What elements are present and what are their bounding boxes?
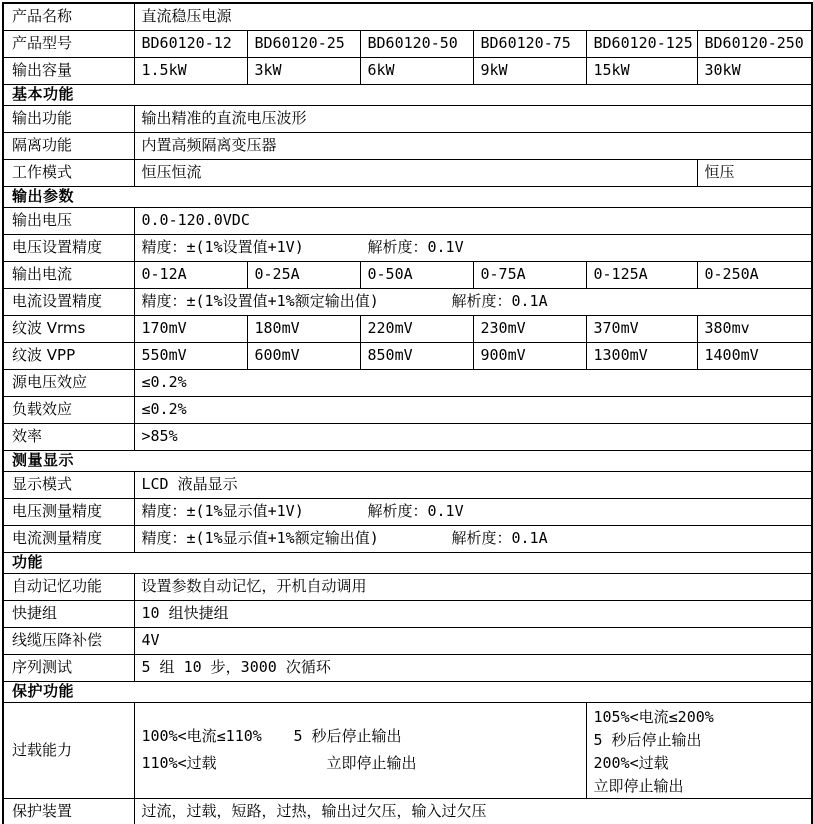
model-cell: 850mV (360, 342, 473, 369)
section-header: 测量显示 (3, 450, 812, 471)
row-label: 工作模式 (3, 159, 134, 186)
model-cell: BD60120-12 (134, 30, 247, 57)
model-cell: 0-50A (360, 261, 473, 288)
row-label: 产品型号 (3, 30, 134, 57)
row-label: 电压测量精度 (3, 498, 134, 525)
row-value-last: 恒压 (697, 159, 812, 186)
section-header: 基本功能 (3, 84, 812, 105)
model-cell: 550mV (134, 342, 247, 369)
model-cell: 3kW (247, 57, 360, 84)
row-label: 输出功能 (3, 105, 134, 132)
row-value: 内置高频隔离变压器 (134, 132, 812, 159)
row-label: 负载效应 (3, 396, 134, 423)
model-cell: BD60120-75 (473, 30, 586, 57)
table-row: 负载效应≤0.2% (3, 396, 812, 423)
model-cell: 1300mV (586, 342, 697, 369)
model-cell: 9kW (473, 57, 586, 84)
table-row: 快捷组10 组快捷组 (3, 600, 812, 627)
model-cell: 0-125A (586, 261, 697, 288)
table-row: 效率>85% (3, 423, 812, 450)
resolution-text: 解析度：0.1A (452, 292, 548, 310)
row-label: 快捷组 (3, 600, 134, 627)
table-row: 纹波 Vrms170mV180mV220mV230mV370mV380mv (3, 315, 812, 342)
row-label: 效率 (3, 423, 134, 450)
accuracy-text: 精度：±(1%设置值+1%额定输出值) (142, 292, 452, 311)
row-label: 输出电流 (3, 261, 134, 288)
row-value: ≤0.2% (134, 369, 812, 396)
row-label: 产品名称 (3, 3, 134, 30)
table-row: 工作模式恒压恒流恒压 (3, 159, 812, 186)
table-row-overload: 过载能力100%<电流≤110%5 秒后停止输出110%<过载立即停止输出105… (3, 702, 812, 798)
accuracy-text: 精度：±(1%显示值+1V) (142, 502, 368, 521)
row-label: 电流设置精度 (3, 288, 134, 315)
table-row: 电压测量精度精度：±(1%显示值+1V)解析度：0.1V (3, 498, 812, 525)
overload-right-line: 200%<过载 (594, 752, 812, 775)
model-cell: 0-12A (134, 261, 247, 288)
table-row: 自动记忆功能设置参数自动记忆，开机自动调用 (3, 573, 812, 600)
table-row-section: 测量显示 (3, 450, 812, 471)
row-value: 4V (134, 627, 812, 654)
row-label: 输出电压 (3, 207, 134, 234)
table-row: 源电压效应≤0.2% (3, 369, 812, 396)
model-cell: BD60120-50 (360, 30, 473, 57)
row-value: 直流稳压电源 (134, 3, 812, 30)
row-value: 精度：±(1%显示值+1%额定输出值)解析度：0.1A (134, 525, 812, 552)
resolution-text: 解析度：0.1V (368, 502, 464, 520)
table-row: 输出电流0-12A0-25A0-50A0-75A0-125A0-250A (3, 261, 812, 288)
accuracy-text: 精度：±(1%设置值+1V) (142, 238, 368, 257)
model-cell: 30kW (697, 57, 812, 84)
row-label: 电流测量精度 (3, 525, 134, 552)
spec-table: 产品名称直流稳压电源产品型号BD60120-12BD60120-25BD6012… (2, 2, 813, 824)
section-header: 保护功能 (3, 681, 812, 702)
model-cell: 600mV (247, 342, 360, 369)
model-cell: 15kW (586, 57, 697, 84)
row-label: 线缆压降补偿 (3, 627, 134, 654)
row-label: 电压设置精度 (3, 234, 134, 261)
model-cell: 170mV (134, 315, 247, 342)
model-cell: 230mV (473, 315, 586, 342)
row-value: 5 组 10 步，3000 次循环 (134, 654, 812, 681)
model-cell: 0-250A (697, 261, 812, 288)
table-row: 电压设置精度精度：±(1%设置值+1V)解析度：0.1V (3, 234, 812, 261)
row-value: 精度：±(1%设置值+1V)解析度：0.1V (134, 234, 812, 261)
table-row: 保护装置过流，过载，短路，过热，输出过欠压，输入过欠压 (3, 798, 812, 824)
row-label: 显示模式 (3, 471, 134, 498)
overload-right-line: 5 秒后停止输出 (594, 729, 812, 752)
model-cell: BD60120-125 (586, 30, 697, 57)
model-cell: 370mV (586, 315, 697, 342)
accuracy-text: 精度：±(1%显示值+1%额定输出值) (142, 529, 452, 548)
row-label: 隔离功能 (3, 132, 134, 159)
row-value: LCD 液晶显示 (134, 471, 812, 498)
row-value: 输出精准的直流电压波形 (134, 105, 812, 132)
row-label: 自动记忆功能 (3, 573, 134, 600)
model-cell: 1400mV (697, 342, 812, 369)
overload-left-cell: 100%<电流≤110%5 秒后停止输出110%<过载立即停止输出 (134, 702, 586, 798)
row-value: ≤0.2% (134, 396, 812, 423)
table-row-section: 保护功能 (3, 681, 812, 702)
table-row: 显示模式LCD 液晶显示 (3, 471, 812, 498)
row-label: 过载能力 (3, 702, 134, 798)
table-row: 输出容量1.5kW3kW6kW9kW15kW30kW (3, 57, 812, 84)
row-value: >85% (134, 423, 812, 450)
model-cell: 1.5kW (134, 57, 247, 84)
table-row: 产品型号BD60120-12BD60120-25BD60120-50BD6012… (3, 30, 812, 57)
row-label: 纹波 Vrms (3, 315, 134, 342)
table-row: 线缆压降补偿4V (3, 627, 812, 654)
model-cell: 900mV (473, 342, 586, 369)
table-row: 电流设置精度精度：±(1%设置值+1%额定输出值)解析度：0.1A (3, 288, 812, 315)
overload-condition: 100%<电流≤110% (142, 723, 294, 750)
row-label: 输出容量 (3, 57, 134, 84)
table-row: 电流测量精度精度：±(1%显示值+1%额定输出值)解析度：0.1A (3, 525, 812, 552)
resolution-text: 解析度：0.1A (452, 529, 548, 547)
row-label: 源电压效应 (3, 369, 134, 396)
overload-right-cell: 105%<电流≤200%5 秒后停止输出200%<过载立即停止输出 (586, 702, 812, 798)
row-label: 纹波 VPP (3, 342, 134, 369)
row-value: 精度：±(1%设置值+1%额定输出值)解析度：0.1A (134, 288, 812, 315)
model-cell: 0-25A (247, 261, 360, 288)
model-cell: 6kW (360, 57, 473, 84)
model-cell: BD60120-25 (247, 30, 360, 57)
table-row: 输出功能输出精准的直流电压波形 (3, 105, 812, 132)
row-label: 序列测试 (3, 654, 134, 681)
overload-right-line: 105%<电流≤200% (594, 706, 812, 729)
model-cell: 220mV (360, 315, 473, 342)
table-row: 序列测试5 组 10 步，3000 次循环 (3, 654, 812, 681)
overload-condition: 110%<过载 (142, 750, 327, 777)
section-header: 功能 (3, 552, 812, 573)
row-value: 0.0-120.0VDC (134, 207, 812, 234)
overload-line: 110%<过载立即停止输出 (142, 750, 586, 777)
row-value: 10 组快捷组 (134, 600, 812, 627)
table-row: 输出电压0.0-120.0VDC (3, 207, 812, 234)
model-cell: 380mv (697, 315, 812, 342)
overload-right-line: 立即停止输出 (594, 775, 812, 798)
table-row: 纹波 VPP550mV600mV850mV900mV1300mV1400mV (3, 342, 812, 369)
table-row: 隔离功能内置高频隔离变压器 (3, 132, 812, 159)
resolution-text: 解析度：0.1V (368, 238, 464, 256)
table-row-section: 基本功能 (3, 84, 812, 105)
table-row-section: 功能 (3, 552, 812, 573)
row-value: 精度：±(1%显示值+1V)解析度：0.1V (134, 498, 812, 525)
row-label: 保护装置 (3, 798, 134, 824)
table-row-section: 输出参数 (3, 186, 812, 207)
model-cell: 0-75A (473, 261, 586, 288)
overload-action: 立即停止输出 (327, 754, 417, 772)
model-cell: 180mV (247, 315, 360, 342)
overload-action: 5 秒后停止输出 (294, 727, 402, 745)
table-row: 产品名称直流稳压电源 (3, 3, 812, 30)
row-value: 设置参数自动记忆，开机自动调用 (134, 573, 812, 600)
model-cell: BD60120-250 (697, 30, 812, 57)
row-value: 过流，过载，短路，过热，输出过欠压，输入过欠压 (134, 798, 812, 824)
row-value-main: 恒压恒流 (134, 159, 697, 186)
section-header: 输出参数 (3, 186, 812, 207)
overload-line: 100%<电流≤110%5 秒后停止输出 (142, 723, 586, 750)
